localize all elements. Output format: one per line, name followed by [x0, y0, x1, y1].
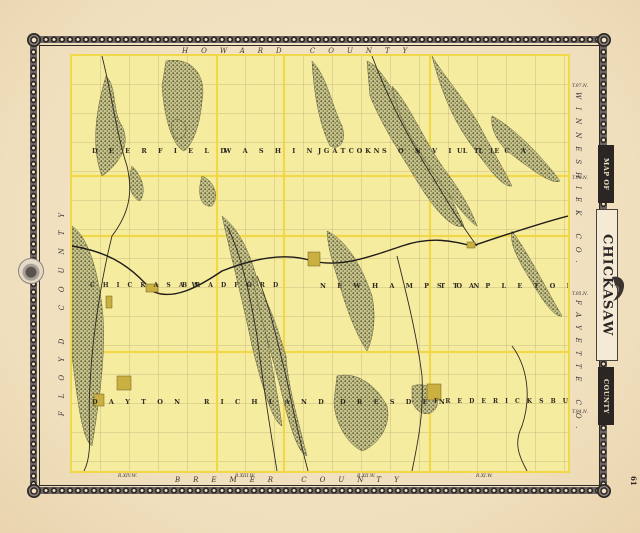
west-county-label: FLOYD COUNTY — [58, 200, 66, 416]
border-bottom — [34, 487, 604, 494]
tier-label-96: T.96.N. — [572, 176, 588, 181]
atlas-page: HOWARD COUNTY BREMER COUNTY FLOYD COUNTY… — [0, 0, 640, 533]
title-county-word: COUNTY — [598, 367, 614, 425]
township-dayton: D A Y T O N — [92, 398, 185, 406]
state-seal-icon — [18, 258, 44, 284]
tier-label-94: T.94.N. — [572, 410, 588, 415]
township-dresden: D R E S D E N — [340, 398, 449, 406]
corner-rosette-br — [597, 484, 611, 498]
township-bradford: B R A D F O R D — [182, 282, 281, 289]
township-deerfield: D E E R F I E L D — [92, 147, 230, 155]
plate-number: 61 — [629, 476, 638, 486]
north-county-label: HOWARD COUNTY — [182, 47, 420, 55]
township-fredericksburg: F R E D E R I C K S B U R G — [434, 398, 568, 405]
title-map-of: MAP OF — [598, 145, 614, 203]
range-label-14: R.XIV.W. — [118, 474, 137, 479]
title-cartouche: MAP OF CHICKASAW COUNTY — [596, 145, 622, 435]
tier-label-95: T.95.N. — [572, 292, 588, 297]
eagle-icon — [610, 273, 626, 303]
south-county-label: BREMER COUNTY — [175, 476, 412, 484]
border-rule-bottom — [40, 485, 600, 486]
east-upper-county-label: WINNESHIEK CO. — [574, 92, 582, 270]
range-label-13: R.XIII.W. — [235, 474, 255, 479]
east-lower-county-label: FAYETTE CO. — [574, 300, 582, 436]
border-top — [34, 36, 604, 43]
range-label-11: R.XI.W. — [476, 474, 493, 479]
county-map: D E E R F I E L D W A S H I N G T O N J … — [72, 56, 568, 471]
township-richland: R I C H L A N D — [204, 398, 328, 406]
corner-rosette-tl — [27, 33, 41, 47]
corner-rosette-tr — [597, 33, 611, 47]
map-graphics — [72, 56, 568, 471]
tier-label-97: T.97.N. — [572, 84, 588, 89]
township-stapleton: S T A P L E T O N — [437, 282, 568, 290]
border-rule-top — [40, 45, 600, 46]
range-label-12: R.XII.W. — [357, 474, 375, 479]
corner-rosette-bl — [27, 484, 41, 498]
township-utica: U T I C A — [457, 147, 530, 155]
